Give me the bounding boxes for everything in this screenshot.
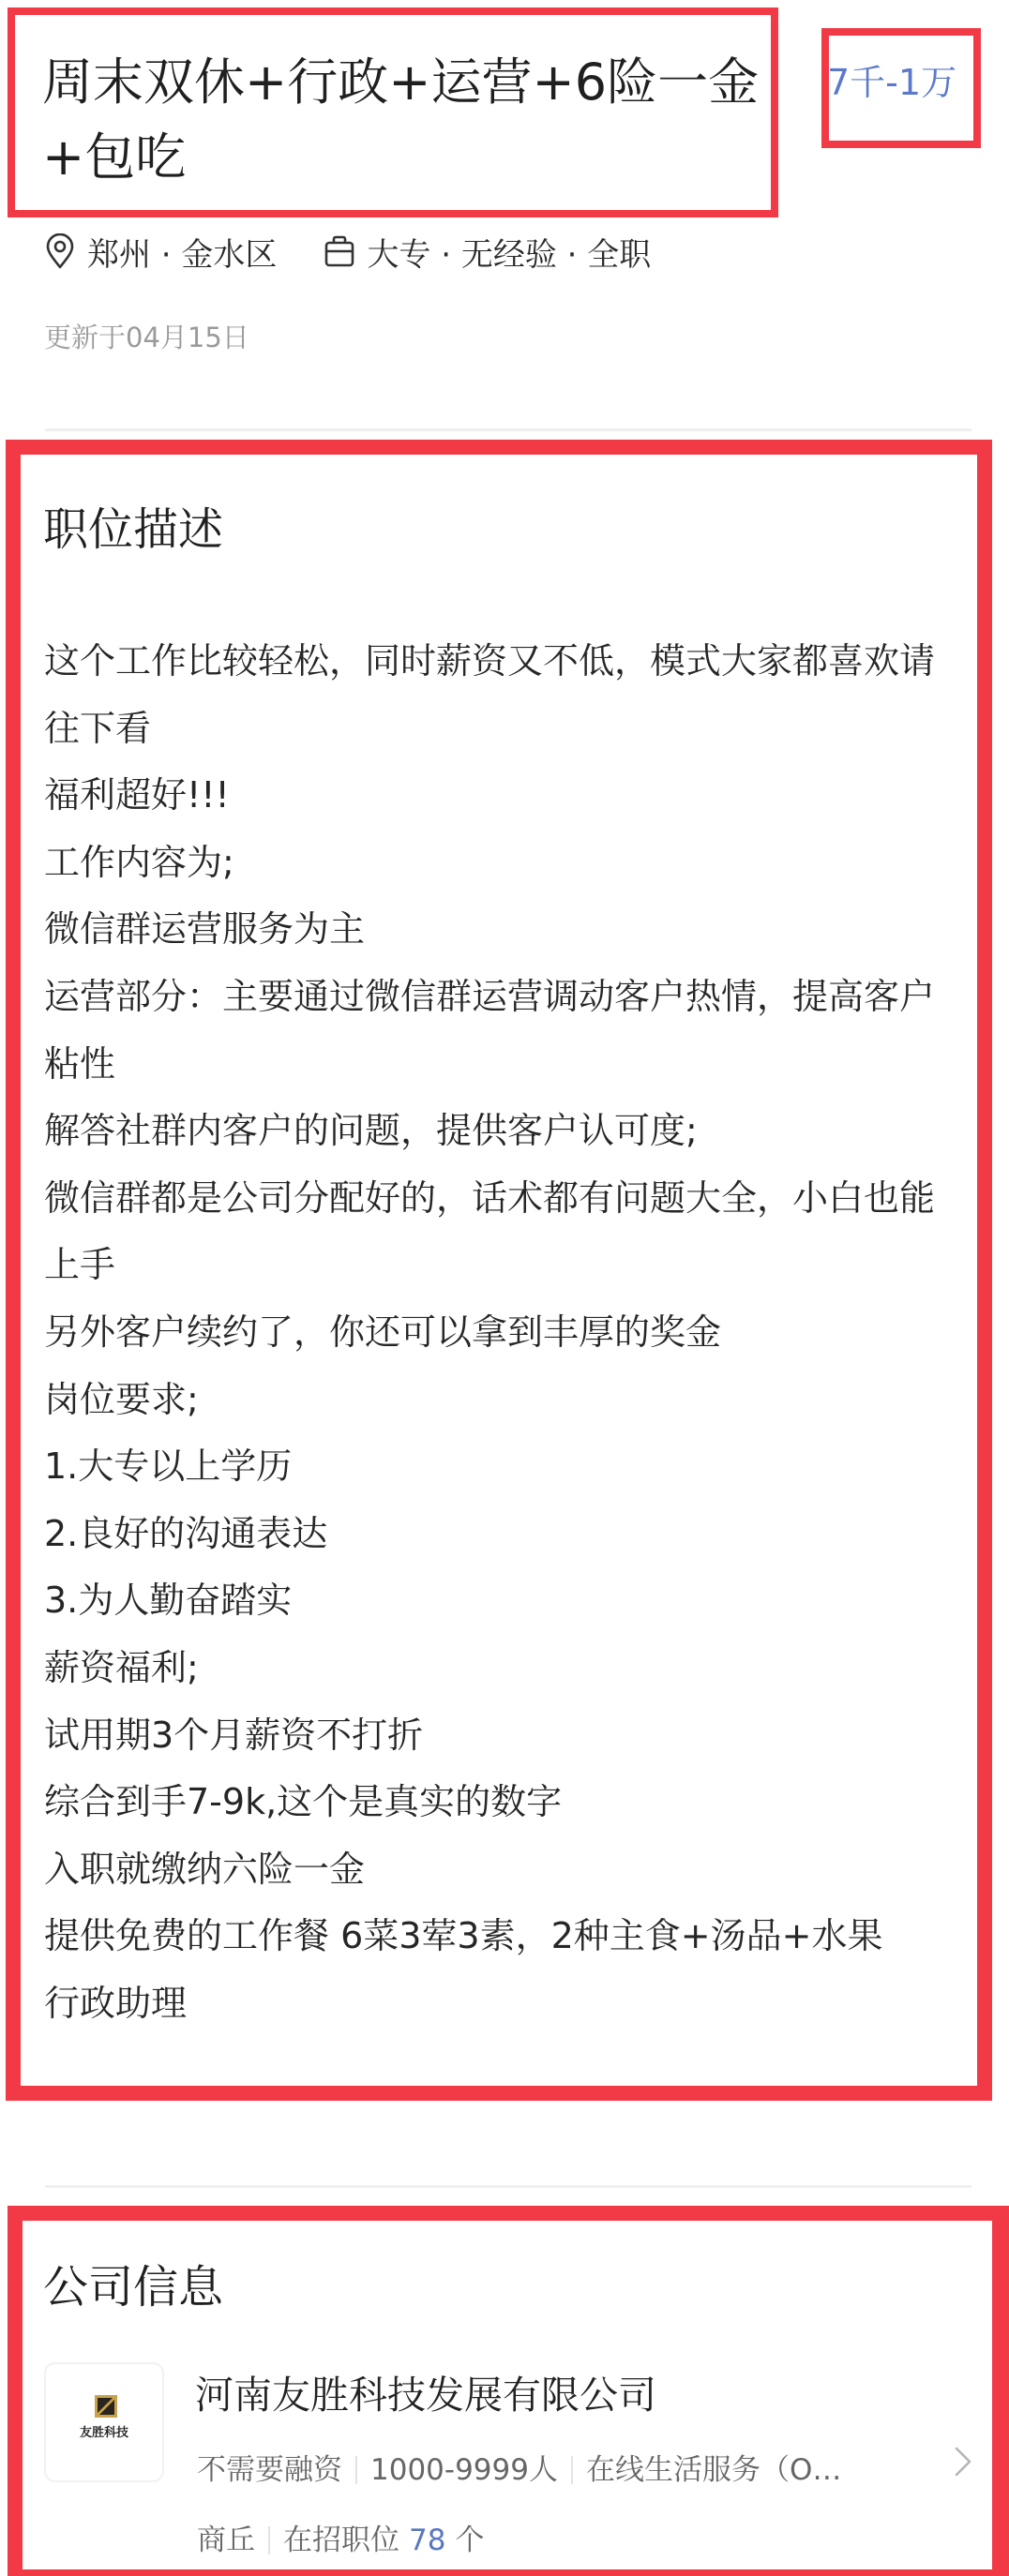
company-name[interactable]: 河南友胜科技发展有限公司 — [195, 2369, 656, 2421]
company-size: 1000-9999人 — [370, 2450, 558, 2490]
job-location: 郑州 · 金水区 — [44, 229, 277, 275]
chevron-right-icon[interactable] — [951, 2445, 973, 2479]
description-line: 往下看 — [44, 696, 972, 763]
description-line: 运营部分：主要通过微信群运营调动客户热情，提高客户 — [44, 964, 972, 1031]
company-logo-mark-icon — [95, 2395, 117, 2418]
section-title-description: 职位描述 — [43, 502, 223, 558]
company-financing: 不需要融资 — [197, 2450, 342, 2490]
description-line: 入职就缴纳六险一金 — [44, 1836, 972, 1904]
description-line: 薪资福利; — [44, 1635, 972, 1702]
description-line: 试用期3个月薪资不打折 — [44, 1702, 972, 1770]
description-line: 解答社群内客户的问题，提供客户认可度; — [44, 1098, 972, 1165]
description-line: 微信群运营服务为主 — [44, 896, 972, 964]
company-meta-row-2: 商丘 在招职位 78 个 — [197, 2521, 484, 2560]
description-body: 这个工作比较轻松，同时薪资又不低，模式大家都喜欢请 往下看 福利超好!!! 工作… — [44, 628, 972, 2037]
description-line: 福利超好!!! — [44, 762, 972, 830]
description-line: 3.为人勤奋踏实 — [44, 1567, 972, 1635]
divider — [45, 428, 971, 431]
description-line: 行政助理 — [44, 1970, 972, 2038]
location-text: 郑州 · 金水区 — [87, 229, 277, 275]
company-logo-text: 友胜科技 — [46, 2422, 162, 2440]
description-line: 2.良好的沟通表达 — [44, 1501, 972, 1568]
requirements-text: 大专 · 无经验 · 全职 — [367, 229, 651, 275]
briefcase-icon — [324, 233, 355, 269]
description-line: 岗位要求; — [44, 1367, 972, 1434]
section-title-company: 公司信息 — [43, 2259, 223, 2315]
description-line: 微信群都是公司分配好的，话术都有问题大全，小白也能 — [44, 1165, 972, 1233]
company-city: 商丘 — [197, 2521, 255, 2560]
description-line: 另外客户续约了，你还可以拿到丰厚的奖金 — [44, 1299, 972, 1367]
location-pin-icon — [44, 233, 76, 269]
job-title: 周末双休+行政+运营+6险一金+包吃 — [42, 45, 783, 195]
openings-count: 78 — [409, 2521, 445, 2560]
company-logo[interactable]: 友胜科技 — [44, 2362, 164, 2482]
job-meta-row: 郑州 · 金水区 大专 · 无经验 · 全职 — [44, 228, 651, 275]
separator — [355, 2456, 357, 2484]
description-line: 这个工作比较轻松，同时薪资又不低，模式大家都喜欢请 — [44, 628, 972, 696]
description-line: 1.大专以上学历 — [44, 1433, 972, 1501]
description-line: 粘性 — [44, 1031, 972, 1099]
description-line: 上手 — [44, 1232, 972, 1299]
openings-suffix: 个 — [455, 2521, 484, 2560]
description-line: 综合到手7-9k,这个是真实的数字 — [44, 1769, 972, 1836]
company-industry: 在线生活服务（O… — [586, 2450, 841, 2490]
divider — [45, 2185, 971, 2188]
description-line: 提供免费的工作餐 6菜3荤3素，2种主食+汤品+水果 — [44, 1903, 972, 1970]
description-line: 工作内容为; — [44, 830, 972, 897]
openings-prefix: 在招职位 — [283, 2521, 399, 2560]
updated-date: 更新于04月15日 — [44, 319, 249, 356]
job-requirements: 大专 · 无经验 · 全职 — [324, 229, 651, 275]
salary-range: 7千-1万 — [827, 58, 956, 107]
separator — [268, 2526, 270, 2554]
separator — [571, 2456, 573, 2484]
company-meta-row-1: 不需要融资 1000-9999人 在线生活服务（O… — [197, 2450, 841, 2490]
